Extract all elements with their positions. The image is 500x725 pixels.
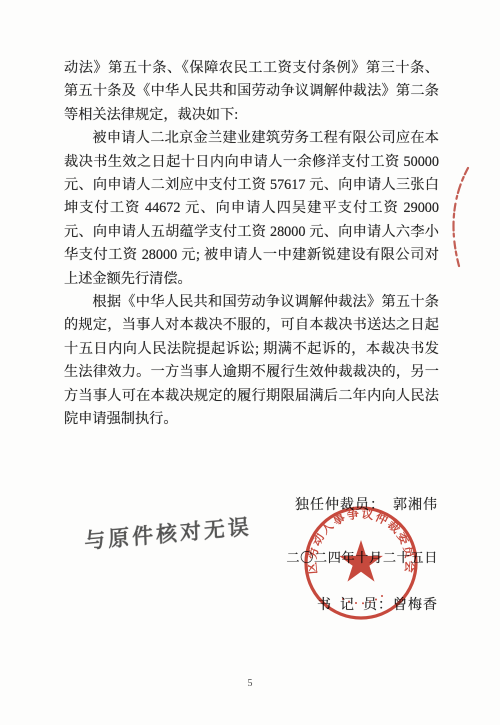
paragraph-appeal-rights: 根据《中华人民共和国劳动争议调解仲裁法》第五十条的规定，当事人对本裁决不服的，可…: [64, 291, 439, 431]
clerk-signature-line: 书记员：曾梅香: [317, 594, 438, 614]
arbitrator-label: 独任仲裁员：: [295, 498, 385, 513]
paragraph-legal-basis: 动法》第五十条、《保障农民工工资支付条例》第三十条、第五十条及《中华人民共和国劳…: [64, 57, 439, 127]
page-number: 5: [0, 678, 500, 689]
page-edge-seal-mark: [440, 162, 482, 274]
arbitrator-signature-line: 独任仲裁员：郭湘伟: [295, 494, 438, 514]
clerk-label: 书: [317, 598, 332, 613]
arbitrator-name: 郭湘伟: [393, 498, 438, 513]
body-text: 动法》第五十条、《保障农民工工资支付条例》第三十条、第五十条及《中华人民共和国劳…: [64, 57, 439, 432]
verification-stamp-text: 与原件核对无误: [84, 511, 252, 556]
decision-date-line: 二〇二四年十月二十五日: [286, 547, 438, 566]
paragraph-award-terms: 被申请人二北京金兰建业建筑劳务工程有限公司应在本裁决书生效之日起十日内向申请人一…: [64, 127, 439, 291]
scanned-arbitration-document-page: 动法》第五十条、《保障农民工工资支付条例》第三十条、第五十条及《中华人民共和国劳…: [0, 0, 500, 725]
clerk-name: 曾梅香: [393, 598, 438, 613]
